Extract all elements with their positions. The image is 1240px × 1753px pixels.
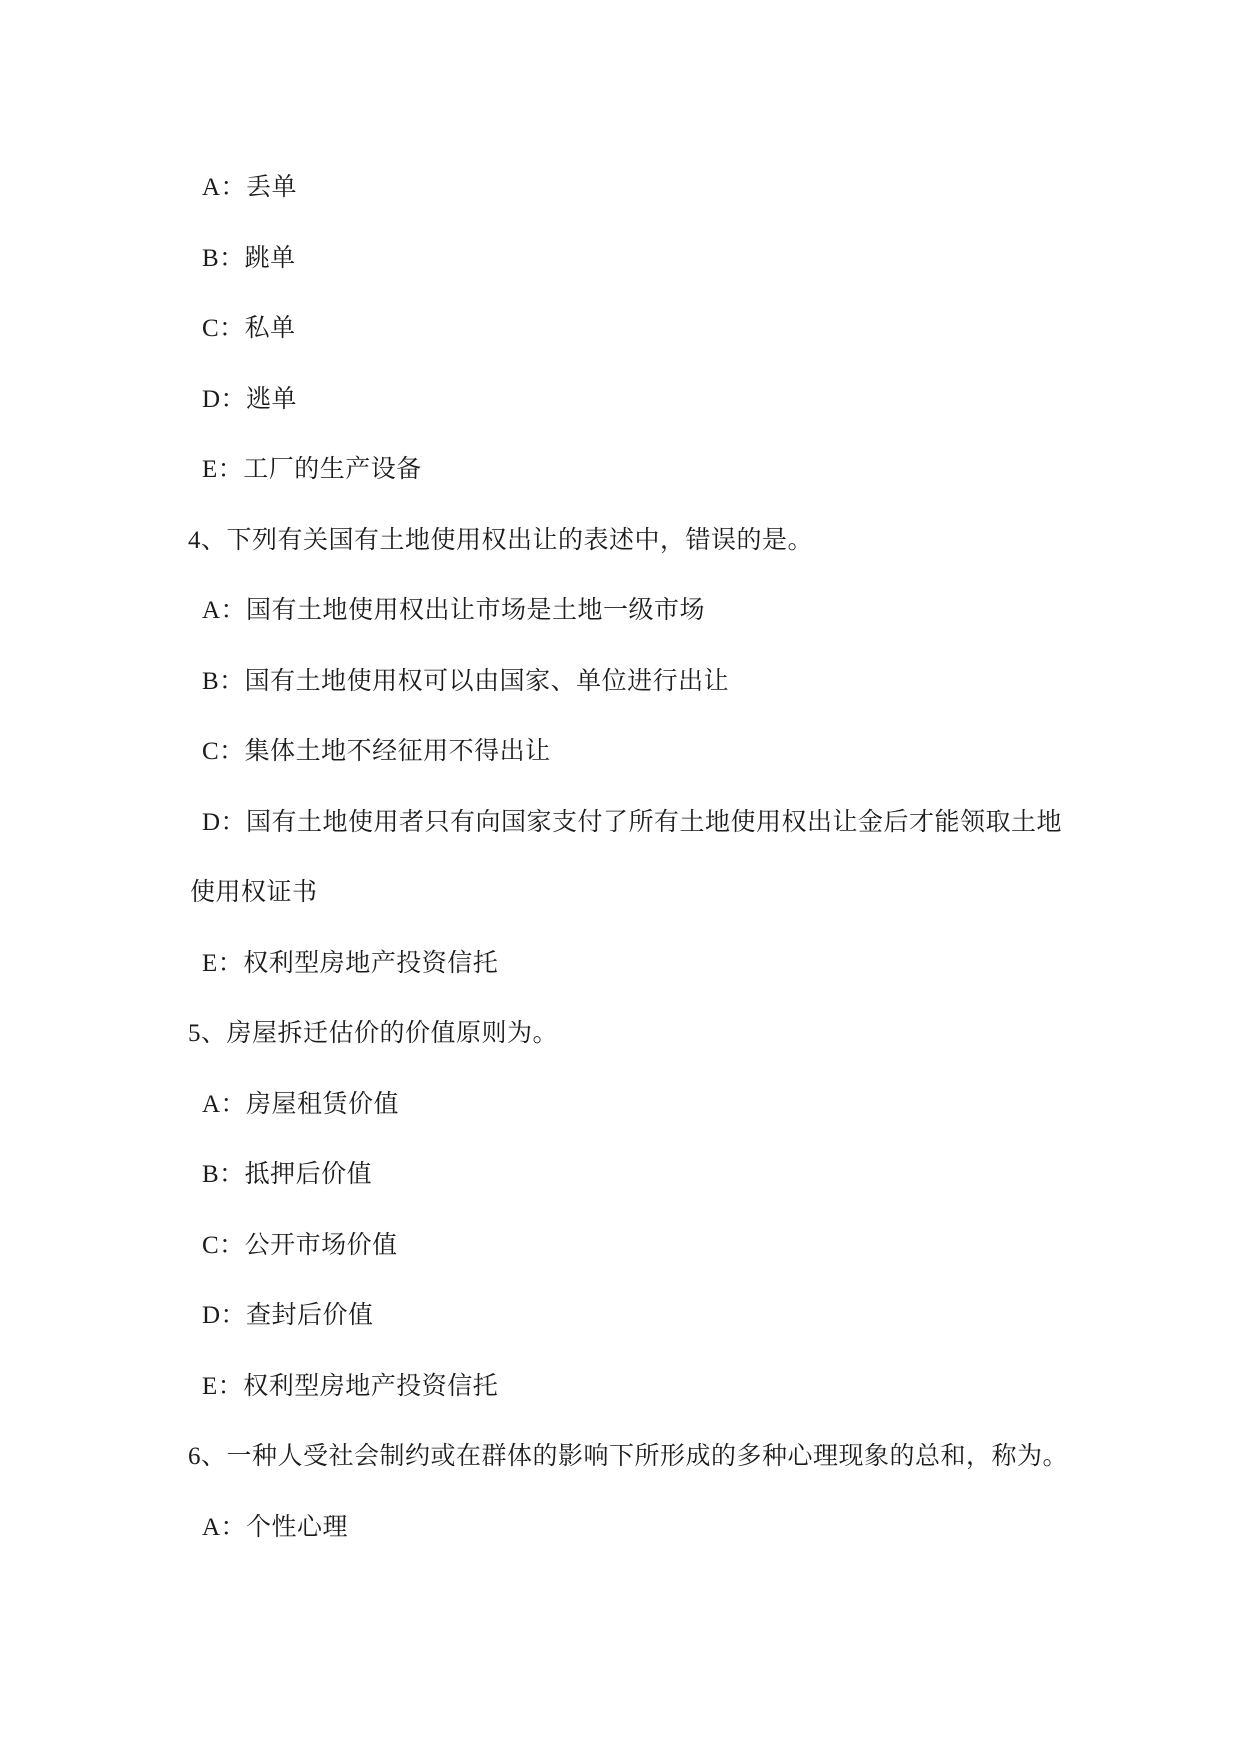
q5-option-c: C：公开市场价值 <box>202 1233 398 1259</box>
q3-option-d: D：逃单 <box>202 387 297 413</box>
q4-option-d: D：国有土地使用者只有向国家支付了所有土地使用权出让金后才能领取土地 <box>202 810 1062 836</box>
q5-title: 5、房屋拆迁估价的价值原则为。 <box>188 1021 558 1047</box>
q4-option-d-wrapline: 使用权证书 <box>190 880 318 906</box>
q5-option-e: E：权利型房地产投资信托 <box>202 1374 498 1400</box>
exam-document-page: A：丢单 B：跳单 C：私单 D：逃单 E：工厂的生产设备 4、下列有关国有土地… <box>0 0 1240 1753</box>
q4-option-c: C：集体土地不经征用不得出让 <box>202 739 551 765</box>
q4-option-b: B：国有土地使用权可以由国家、单位进行出让 <box>202 669 729 695</box>
q3-option-c: C：私单 <box>202 316 296 342</box>
q3-option-b: B：跳单 <box>202 246 296 272</box>
q3-option-a: A：丢单 <box>202 175 297 201</box>
q3-option-e: E：工厂的生产设备 <box>202 457 422 483</box>
q4-title: 4、下列有关国有土地使用权出让的表述中，错误的是。 <box>188 528 813 554</box>
q4-option-e: E：权利型房地产投资信托 <box>202 951 498 977</box>
q4-option-a: A：国有土地使用权出让市场是土地一级市场 <box>202 598 705 624</box>
q6-option-a: A：个性心理 <box>202 1515 348 1541</box>
q5-option-b: B：抵押后价值 <box>202 1162 372 1188</box>
q6-title: 6、一种人受社会制约或在群体的影响下所形成的多种心理现象的总和，称为。 <box>188 1444 1068 1470</box>
q5-option-d: D：查封后价值 <box>202 1303 374 1329</box>
q5-option-a: A：房屋租赁价值 <box>202 1092 399 1118</box>
